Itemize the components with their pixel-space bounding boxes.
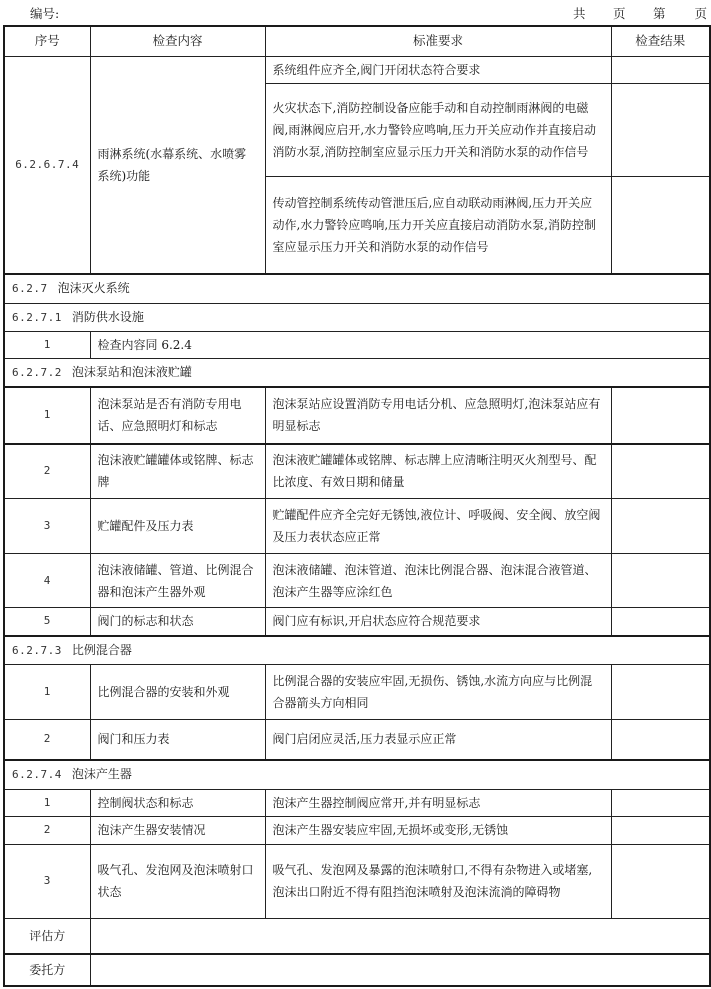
table-row: 1 检查内容同 6.2.4 <box>4 331 710 358</box>
table-row: 1 比例混合器的安装和外观 比例混合器的安装应牢固,无损伤、锈蚀,水流方向应与比… <box>4 664 710 719</box>
section-number: 6.2.7.1 <box>12 305 62 331</box>
inspection-result-cell[interactable] <box>611 56 710 83</box>
signature-label: 评估方 <box>4 918 90 954</box>
inspection-result-cell[interactable] <box>611 844 710 918</box>
section-row-6-2-7-1: 6.2.7.1消防供水设施 <box>4 303 710 331</box>
page-unit-label: 页 <box>693 4 707 22</box>
standard-requirement: 贮罐配件应齐全完好无锈蚀,液位计、呼吸阀、安全阀、放空阀及压力表状态应正常 <box>265 499 611 554</box>
page-header: 编号: 共 页 第 页 <box>0 0 711 24</box>
table-row: 2 泡沫产生器安装情况 泡沫产生器安装应牢固,无损坏或变形,无锈蚀 <box>4 816 710 844</box>
row-number: 2 <box>4 816 90 844</box>
table-row: 2 泡沫液贮罐罐体或铭牌、标志牌 泡沫液贮罐罐体或铭牌、标志牌上应清晰注明灭火剂… <box>4 444 710 499</box>
standard-requirement: 吸气孔、发泡网及暴露的泡沫喷射口,不得有杂物进入或堵塞,泡沫出口附近不得有阻挡泡… <box>265 844 611 918</box>
section-title: 泡沫泵站和泡沫液贮罐 <box>72 365 192 379</box>
standard-requirement: 阀门应有标识,开启状态应符合规范要求 <box>265 608 611 636</box>
inspection-result-cell[interactable] <box>611 499 710 554</box>
inspection-result-cell[interactable] <box>611 176 710 274</box>
inspection-item: 比例混合器的安装和外观 <box>90 664 265 719</box>
inspection-result-cell[interactable] <box>611 719 710 760</box>
inspection-item: 泡沫泵站是否有消防专用电话、应急照明灯和标志 <box>90 387 265 444</box>
table-row: 1 控制阀状态和标志 泡沫产生器控制阀应常开,并有明显标志 <box>4 789 710 816</box>
row-number: 1 <box>4 331 90 358</box>
standard-requirement: 泡沫液储罐、泡沫管道、泡沫比例混合器、泡沫混合液管道、泡沫产生器等应涂红色 <box>265 554 611 608</box>
page-counter: 共 页 第 页 <box>573 4 707 22</box>
standard-requirement: 泡沫产生器安装应牢固,无损坏或变形,无锈蚀 <box>265 816 611 844</box>
section-row-6-2-7-2: 6.2.7.2泡沫泵站和泡沫液贮罐 <box>4 358 710 387</box>
table-row: 3 吸气孔、发泡网及泡沫喷射口状态 吸气孔、发泡网及暴露的泡沫喷射口,不得有杂物… <box>4 844 710 918</box>
inspection-item: 泡沫液贮罐罐体或铭牌、标志牌 <box>90 444 265 499</box>
inspection-item: 阀门的标志和状态 <box>90 608 265 636</box>
section-title: 泡沫灭火系统 <box>58 281 130 295</box>
table-row: 3 贮罐配件及压力表 贮罐配件应齐全完好无锈蚀,液位计、呼吸阀、安全阀、放空阀及… <box>4 499 710 554</box>
standard-requirement: 比例混合器的安装应牢固,无损伤、锈蚀,水流方向应与比例混合器箭头方向相同 <box>265 664 611 719</box>
standard-requirement: 传动管控制系统传动管泄压后,应自动联动雨淋阀,压力开关应动作,水力警铃应鸣响,压… <box>265 176 611 274</box>
section-number: 6.2.7.2 <box>12 360 62 386</box>
inspection-item: 泡沫液储罐、管道、比例混合器和泡沫产生器外观 <box>90 554 265 608</box>
row-number: 1 <box>4 387 90 444</box>
table-header-row: 序号 检查内容 标准要求 检查结果 <box>4 26 710 56</box>
standard-requirement: 泡沫液贮罐罐体或铭牌、标志牌上应清晰注明灭火剂型号、配比浓度、有效日期和储量 <box>265 444 611 499</box>
table-row: 5 阀门的标志和状态 阀门应有标识,开启状态应符合规范要求 <box>4 608 710 636</box>
standard-requirement: 泡沫产生器控制阀应常开,并有明显标志 <box>265 789 611 816</box>
section-row-6-2-7-3: 6.2.7.3比例混合器 <box>4 636 710 665</box>
row-number: 3 <box>4 844 90 918</box>
signature-row-assessor: 评估方 <box>4 918 710 954</box>
inspection-item: 贮罐配件及压力表 <box>90 499 265 554</box>
inspection-item: 检查内容同 6.2.4 <box>90 331 710 358</box>
page-unit-label: 页 <box>613 4 653 22</box>
row-number: 3 <box>4 499 90 554</box>
row-number: 5 <box>4 608 90 636</box>
page-current-label: 第 <box>653 4 693 22</box>
header-standard-requirement: 标准要求 <box>265 26 611 56</box>
document-number-label: 编号: <box>30 4 59 22</box>
inspection-result-cell[interactable] <box>611 608 710 636</box>
inspection-result-cell[interactable] <box>611 444 710 499</box>
table-row: 2 阀门和压力表 阀门启闭应灵活,压力表显示应正常 <box>4 719 710 760</box>
section-title: 消防供水设施 <box>72 310 144 324</box>
section-row-6-2-7: 6.2.7泡沫灭火系统 <box>4 274 710 303</box>
inspection-item: 吸气孔、发泡网及泡沫喷射口状态 <box>90 844 265 918</box>
inspection-result-cell[interactable] <box>611 387 710 444</box>
signature-row-client: 委托方 <box>4 954 710 986</box>
inspection-item: 阀门和压力表 <box>90 719 265 760</box>
table-row: 1 泡沫泵站是否有消防专用电话、应急照明灯和标志 泡沫泵站应设置消防专用电话分机… <box>4 387 710 444</box>
inspection-result-cell[interactable] <box>611 554 710 608</box>
inspection-table: 序号 检查内容 标准要求 检查结果 6.2.6.7.4 雨淋系统(水幕系统、水喷… <box>3 25 711 987</box>
row-number: 2 <box>4 719 90 760</box>
inspection-result-cell[interactable] <box>611 789 710 816</box>
row-number: 4 <box>4 554 90 608</box>
inspection-result-cell[interactable] <box>611 83 710 176</box>
standard-requirement: 阀门启闭应灵活,压力表显示应正常 <box>265 719 611 760</box>
section-title: 泡沫产生器 <box>72 767 132 781</box>
header-serial-number: 序号 <box>4 26 90 56</box>
standard-requirement: 泡沫泵站应设置消防专用电话分机、应急照明灯,泡沫泵站应有明显标志 <box>265 387 611 444</box>
table-row: 6.2.6.7.4 雨淋系统(水幕系统、水喷雾系统)功能 系统组件应齐全,阀门开… <box>4 56 710 83</box>
table-row: 4 泡沫液储罐、管道、比例混合器和泡沫产生器外观 泡沫液储罐、泡沫管道、泡沫比例… <box>4 554 710 608</box>
inspection-item: 雨淋系统(水幕系统、水喷雾系统)功能 <box>90 56 265 274</box>
signature-label: 委托方 <box>4 954 90 986</box>
inspection-item: 控制阀状态和标志 <box>90 789 265 816</box>
signature-field[interactable] <box>90 954 710 986</box>
header-inspection-item: 检查内容 <box>90 26 265 56</box>
row-number: 1 <box>4 664 90 719</box>
standard-requirement: 火灾状态下,消防控制设备应能手动和自动控制雨淋阀的电磁阀,雨淋阀应启开,水力警铃… <box>265 83 611 176</box>
inspection-result-cell[interactable] <box>611 816 710 844</box>
inspection-item: 泡沫产生器安装情况 <box>90 816 265 844</box>
section-number: 6.2.7 <box>12 276 48 302</box>
row-number: 6.2.6.7.4 <box>4 56 90 274</box>
section-number: 6.2.7.3 <box>12 638 62 664</box>
row-number: 2 <box>4 444 90 499</box>
section-number: 6.2.7.4 <box>12 762 62 788</box>
section-row-6-2-7-4: 6.2.7.4泡沫产生器 <box>4 760 710 789</box>
row-number: 1 <box>4 789 90 816</box>
page-total-label: 共 <box>573 4 613 22</box>
section-title: 比例混合器 <box>72 643 132 657</box>
inspection-result-cell[interactable] <box>611 664 710 719</box>
header-inspection-result: 检查结果 <box>611 26 710 56</box>
standard-requirement: 系统组件应齐全,阀门开闭状态符合要求 <box>265 56 611 83</box>
signature-field[interactable] <box>90 918 710 954</box>
